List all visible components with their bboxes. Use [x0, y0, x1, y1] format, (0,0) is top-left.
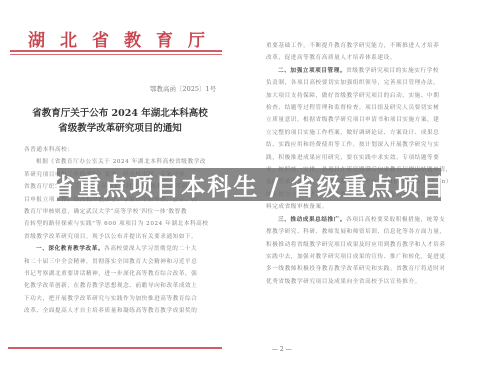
title-line-1: 省教育厅关于公布 2024 年湖北本科高校 — [30, 106, 210, 121]
section-2-line: 立完整的项目实施工作档案，做好调研论证、方案设计、成果总 — [266, 127, 470, 139]
paragraph-line: 改革，促进高等教育高质量人才培养体系建设。 — [266, 52, 470, 64]
section-3-line: 撑教学研究、科研、教师发展和师资培训、信息化等各方面力量， — [266, 226, 470, 238]
paragraph-line: 重要基础工作，不断提升教育教学研究能力，不断推进人才培养 — [266, 40, 470, 52]
section-2-line: 践，积极推进成果应用研究，要在实践中求实效、专项结题等要 — [266, 152, 470, 164]
page-number: — 2 — — [272, 346, 292, 353]
section-2-heading: 二、加强立项项目管理。 — [278, 68, 346, 74]
section-2-line: 加大项目支持保障，做好省级教学研究项目的启动、实施、中期 — [266, 90, 470, 102]
section-3-line: 多一线教师积极投身教育教学改革研究和实践。省教育厅将适时对 — [266, 263, 470, 275]
section-2-line: 二、加强立项项目管理。省级教学研究项目的实施实行学校 — [266, 65, 470, 77]
section-2-line: 立质量意识，根据省级教学研究项目申请书和项目实施方案，建 — [266, 114, 470, 126]
overlay-caption-banner: 省重点项目本科生 / 省级重点项目 — [57, 168, 441, 201]
section-3-line: 积极推动将省级教学研究项目成果及时应用到教育教学和人才培养 — [266, 239, 470, 251]
issuing-authority-header: 湖北省教育厅 — [28, 26, 218, 51]
section-1-line: 下功夫，把开展教学改革研究与实践作为加快推进高等教育综合 — [24, 293, 224, 305]
section-3-line: 实践中去，加强对教学研究项目成果的宣传、推广和转化，促进更 — [266, 251, 470, 263]
header-red-rule — [10, 50, 222, 52]
section-1-line: 和二十届三中全会精神，贯彻落实全国教育大会精神和习近平总 — [24, 256, 224, 268]
section-1-line: 一、深化教育教学改革。各高校要深入学习贯彻党的二十大 — [24, 243, 224, 255]
section-2-line: 结、实践应用和经费使用等工作。按计划深入开展教学研究与实 — [266, 139, 470, 151]
salutation: 各普通本科高校： — [24, 144, 224, 156]
title-line-2: 省级教学改革研究项目的通知 — [30, 121, 210, 136]
section-1-line: 化教学改革创新，在教育教学思想观念、前瞻导向和改革成效上 — [24, 280, 224, 292]
section-3-heading: 三、推动成果总结推广。 — [278, 217, 346, 223]
document-title: 省教育厅关于公布 2024 年湖北本科高校 省级教学改革研究项目的通知 — [30, 106, 210, 136]
document-number: 鄂教高函〔2025〕1号 — [150, 84, 216, 93]
body-text-right: 重要基础工作，不断提升教育教学研究能力，不断推进人才培养 改革，促进高等教育高质… — [266, 40, 470, 288]
section-2-line: 检查、结题等过程管理和监督检查。项目组及研究人员要切实树 — [266, 102, 470, 114]
paragraph-line: 育转型的路径探索与实践”等 600 项项目为 2024 年湖北本科高校 — [24, 218, 224, 230]
section-2-line: 料完成省级审核备案。 — [266, 201, 470, 213]
section-2-line: 负责制，各项目高校要切实加强组织领导，完善项目管理办法， — [266, 77, 470, 89]
header-red-rule-thin — [10, 54, 222, 55]
overlay-caption-text: 省重点项目本科生 / 省级重点项目 — [51, 167, 446, 202]
footer-red-rule — [8, 347, 222, 349]
section-1-line: 书记考察湖北重要讲话精神，进一步深化高等教育综合改革，强 — [24, 268, 224, 280]
section-3-line: 三、推动成果总结推广。各项目高校要采取积极措施，统筹支 — [266, 214, 470, 226]
paragraph-line: 教育厅审核则意，确定武汉大学“高等学校‘四位一体’数智教 — [24, 206, 224, 218]
section-1-heading: 一、深化教育教学改革。 — [36, 246, 104, 252]
paragraph-line: 省级教学改革研究项目，现予以公布并提出有关要求通知如下。 — [24, 231, 224, 243]
section-1-line: 改革、全面提高人才自主培养质量和凝练高等教育教学成果奖的 — [24, 305, 224, 317]
section-3-line: 优秀省级教学研究项目及成果向全省高校予以宣传推介。 — [266, 276, 470, 288]
